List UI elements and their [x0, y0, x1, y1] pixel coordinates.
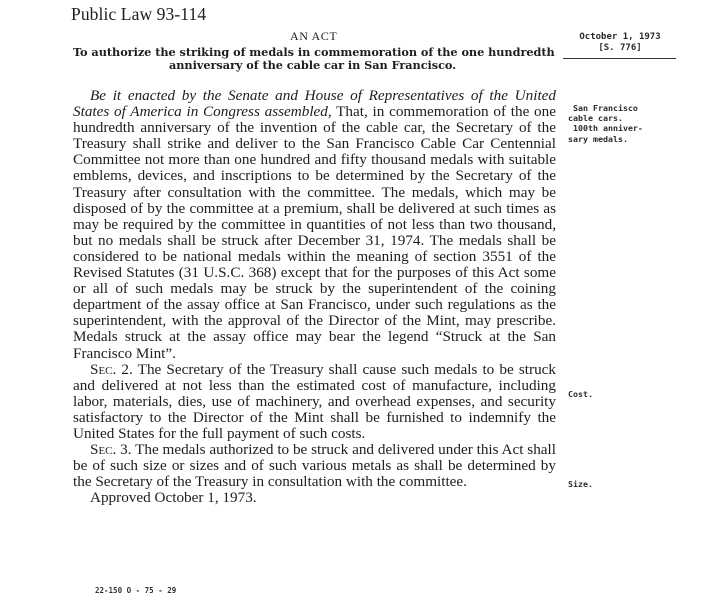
section-2-text: The Secretary of the Treasury shall caus… [73, 361, 556, 442]
act-purpose: To authorize the striking of medals in c… [73, 46, 493, 72]
margin-note-size: Size. [568, 479, 593, 489]
section-2-label: Sec. 2. [90, 361, 133, 378]
act-body: Be it enacted by the Senate and House of… [73, 88, 556, 506]
purpose-line-2: anniversary of the cable car in San Fran… [73, 59, 493, 72]
section-1: Be it enacted by the Senate and House of… [73, 88, 556, 362]
footer-code: 22-150 O - 75 - 29 [95, 586, 176, 595]
section-3-label: Sec. 3. [90, 441, 132, 458]
bill-number: [S. 776] [565, 43, 675, 54]
approval-line: Approved October 1, 1973. [73, 490, 556, 506]
law-title: Public Law 93-114 [71, 4, 206, 25]
margin-note-cost: Cost. [568, 389, 593, 399]
date-block: October 1, 1973 [S. 776] [565, 32, 675, 54]
enactment-date: October 1, 1973 [565, 32, 675, 43]
date-rule [563, 58, 676, 59]
margin-note-medals: San Francisco cable cars. 100th anniver-… [568, 103, 643, 144]
section-3: Sec. 3. The medals authorized to be stru… [73, 442, 556, 490]
section-1-text: That, in commemoration of the one hundre… [73, 103, 556, 361]
act-heading: AN ACT [290, 29, 337, 44]
section-2: Sec. 2. The Secretary of the Treasury sh… [73, 362, 556, 442]
section-3-text: The medals authorized to be struck and d… [73, 441, 556, 490]
